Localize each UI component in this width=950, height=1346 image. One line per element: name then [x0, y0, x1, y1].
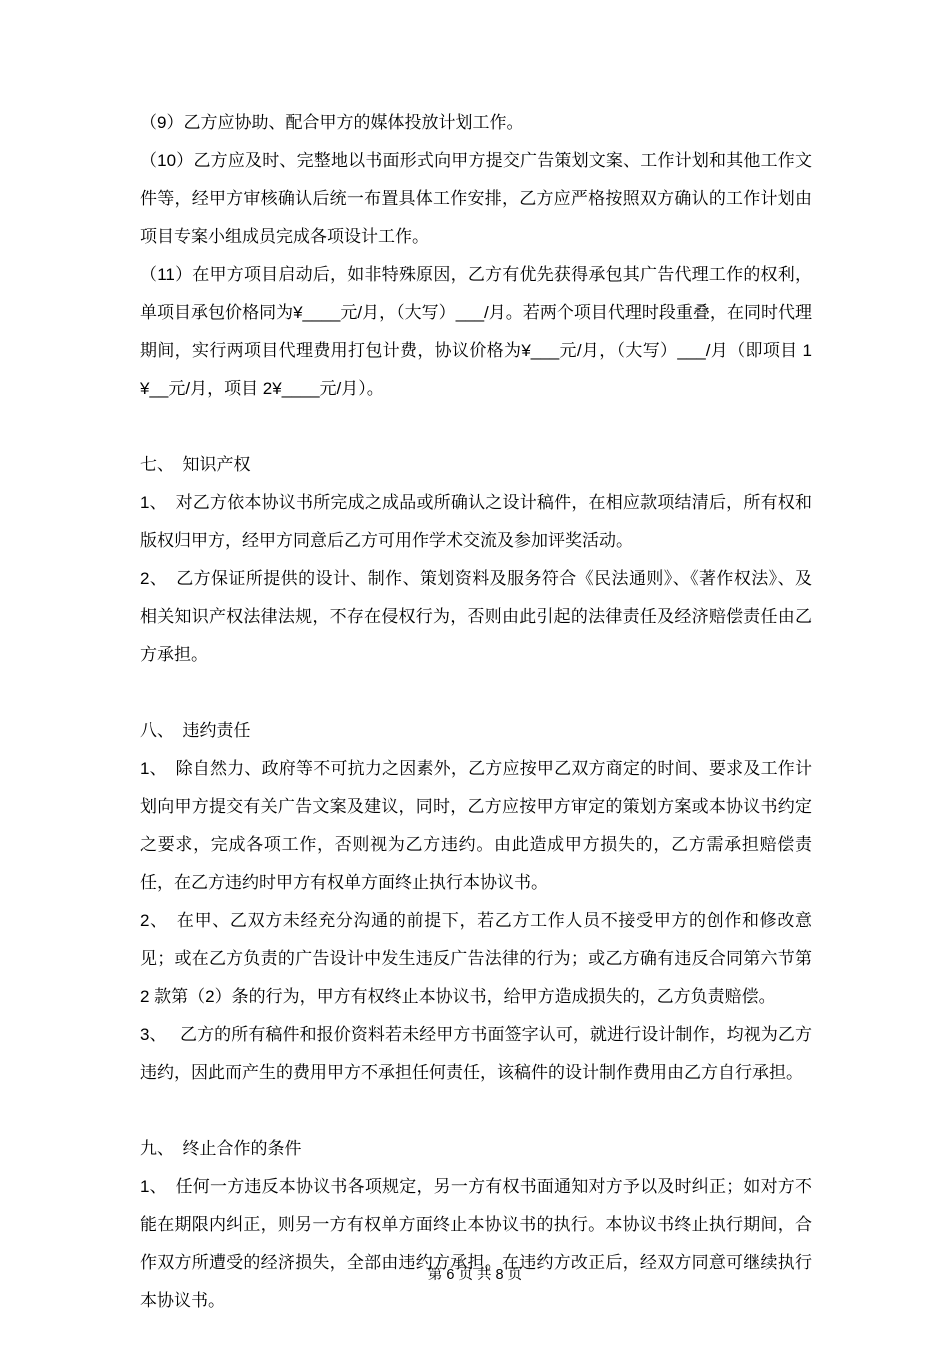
section-heading: 七、 知识产权	[140, 446, 812, 484]
contract-document-page: （9）乙方应协助、配合甲方的媒体投放计划工作。（10）乙方应及时、完整地以书面形…	[0, 0, 950, 1346]
section-heading: 九、 终止合作的条件	[140, 1130, 812, 1168]
page-footer: 第 6 页 共 8 页	[0, 1264, 950, 1286]
contract-paragraph: 2、 乙方保证所提供的设计、制作、策划资料及服务符合《民法通则》、《著作权法》、…	[140, 560, 812, 674]
contract-paragraph: （11）在甲方项目启动后，如非特殊原因，乙方有优先获得承包其广告代理工作的权利，…	[140, 256, 812, 408]
document-body: （9）乙方应协助、配合甲方的媒体投放计划工作。（10）乙方应及时、完整地以书面形…	[140, 104, 812, 1320]
contract-paragraph: （10）乙方应及时、完整地以书面形式向甲方提交广告策划文案、工作计划和其他工作文…	[140, 142, 812, 256]
contract-paragraph: （9）乙方应协助、配合甲方的媒体投放计划工作。	[140, 104, 812, 142]
contract-paragraph: 1、 对乙方依本协议书所完成之成品或所确认之设计稿件，在相应款项结清后，所有权和…	[140, 484, 812, 560]
blank-line	[140, 674, 812, 712]
contract-paragraph: 2、 在甲、乙双方未经充分沟通的前提下，若乙方工作人员不接受甲方的创作和修改意见…	[140, 902, 812, 1016]
blank-line	[140, 1092, 812, 1130]
blank-line	[140, 408, 812, 446]
contract-paragraph: 1、 除自然力、政府等不可抗力之因素外，乙方应按甲乙双方商定的时间、要求及工作计…	[140, 750, 812, 902]
page-number-indicator: 第 6 页 共 8 页	[428, 1267, 522, 1283]
contract-paragraph: 3、 乙方的所有稿件和报价资料若未经甲方书面签字认可，就进行设计制作，均视为乙方…	[140, 1016, 812, 1092]
section-heading: 八、 违约责任	[140, 712, 812, 750]
contract-paragraph: 1、 任何一方违反本协议书各项规定，另一方有权书面通知对方予以及时纠正；如对方不…	[140, 1168, 812, 1320]
